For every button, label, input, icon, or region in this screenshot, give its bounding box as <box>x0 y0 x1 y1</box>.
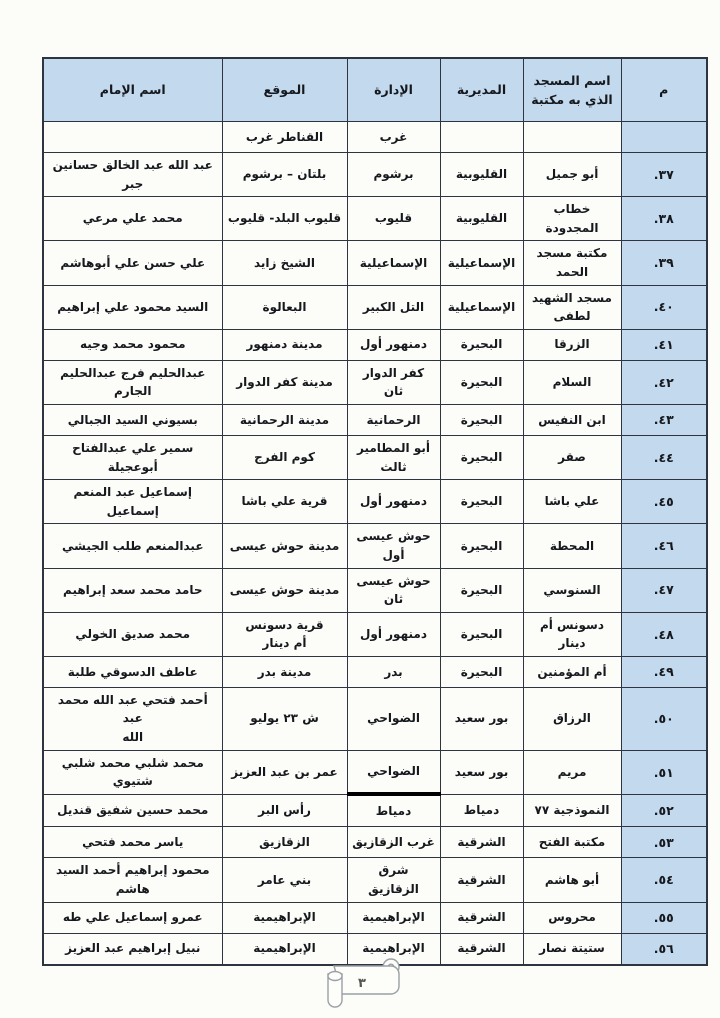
cell-imam: عبدالحليم فرج عبدالحليم الجارم <box>43 360 222 404</box>
cell-directorate: القليوبية <box>440 153 523 197</box>
table-row: ٥٢.النموذجية ٧٧دمياطدمياطرأس البرمحمد حس… <box>43 794 707 827</box>
cell-location: مدينة كفر الدوار <box>222 360 347 404</box>
cell-imam: عبدالمنعم طلب الجيشي <box>43 524 222 568</box>
cell-num: ٤٠. <box>621 285 707 329</box>
cell-num: ٥٢. <box>621 794 707 827</box>
cell-imam: بسيوني السيد الجبالي <box>43 404 222 435</box>
cell-imam: السيد محمود علي إبراهيم <box>43 285 222 329</box>
cell-directorate: الشرقية <box>440 858 523 902</box>
cell-imam: عبد الله عبد الخالق حسانين جبر <box>43 153 222 197</box>
cell-num: ٤٧. <box>621 568 707 612</box>
cell-location: ش ٢٣ يوليو <box>222 687 347 750</box>
cell-administration: برشوم <box>347 153 440 197</box>
cell-mosque: الرزاق <box>523 687 621 750</box>
cell-num: ٤٣. <box>621 404 707 435</box>
cell-mosque: مسجد الشهيد لطفى <box>523 285 621 329</box>
cell-num: ٤٨. <box>621 612 707 656</box>
cell-imam: نبيل إبراهيم عبد العزيز <box>43 933 222 965</box>
header-location: الموقع <box>222 58 347 122</box>
cell-num: ٣٩. <box>621 241 707 285</box>
cell-directorate: البحيرة <box>440 568 523 612</box>
cell-administration: الضواحي <box>347 687 440 750</box>
cell-directorate: الإسماعيلية <box>440 285 523 329</box>
cell-num: ٤٥. <box>621 480 707 524</box>
table-row: ٤٩.أم المؤمنينالبحيرةبدرمدينة بدرعاطف ال… <box>43 656 707 687</box>
cell-num: ٥٣. <box>621 827 707 858</box>
table-row: ٤٢.السلامالبحيرةكفر الدوار ثانمدينة كفر … <box>43 360 707 404</box>
cell-mosque: خطاب المجدودة <box>523 197 621 241</box>
cell-num: ٤٤. <box>621 435 707 479</box>
cell-administration: التل الكبير <box>347 285 440 329</box>
cell-directorate: بور سعيد <box>440 687 523 750</box>
table-row: ٣٩.مكتبة مسجد الحمدالإسماعيليةالإسماعيلي… <box>43 241 707 285</box>
cell-num: ٤٢. <box>621 360 707 404</box>
cell-location: البعالوة <box>222 285 347 329</box>
cell-imam: أحمد فتحي عبد الله محمد عبد الله <box>43 687 222 750</box>
cell-directorate: الشرقية <box>440 827 523 858</box>
cell-directorate <box>440 122 523 153</box>
cell-administration: الرحمانية <box>347 404 440 435</box>
cell-directorate: بور سعيد <box>440 750 523 794</box>
cell-imam: عمرو إسماعيل علي طه <box>43 902 222 933</box>
cell-mosque: المحطة <box>523 524 621 568</box>
cell-location: الإبراهيمية <box>222 902 347 933</box>
cell-imam: إسماعيل عبد المنعم إسماعيل <box>43 480 222 524</box>
table-row: ٥١.مريمبور سعيدالضواحيعمر بن عبد العزيزم… <box>43 750 707 794</box>
cell-num: ٥٠. <box>621 687 707 750</box>
table-row: ٤٥.علي باشاالبحيرةدمنهور أولقرية علي باش… <box>43 480 707 524</box>
cell-directorate: البحيرة <box>440 435 523 479</box>
cell-imam: محمد علي مرعي <box>43 197 222 241</box>
table-row: ٤٨.دسونس أم دينارالبحيرةدمنهور أولقرية د… <box>43 612 707 656</box>
cell-num: ٣٧. <box>621 153 707 197</box>
cell-mosque: السنوسي <box>523 568 621 612</box>
cell-administration: دمنهور أول <box>347 329 440 360</box>
header-directorate: المديرية <box>440 58 523 122</box>
cell-mosque: السلام <box>523 360 621 404</box>
cell-imam: محمد حسين شفيق قنديل <box>43 794 222 827</box>
cell-administration: أبو المطامير ثالث <box>347 435 440 479</box>
cell-num: ٥٤. <box>621 858 707 902</box>
cell-location: بني عامر <box>222 858 347 902</box>
document-page: م اسم المسجد الذي به مكتبة المديرية الإد… <box>0 0 720 1018</box>
cell-location: بلتان – برشوم <box>222 153 347 197</box>
cell-mosque: محروس <box>523 902 621 933</box>
cell-location: كوم الفرج <box>222 435 347 479</box>
cell-directorate: البحيرة <box>440 329 523 360</box>
cell-imam <box>43 122 222 153</box>
cell-imam: سمير علي عبدالفتاح أبوعجيلة <box>43 435 222 479</box>
cell-mosque: ابن النفيس <box>523 404 621 435</box>
cell-location: الشيخ زايد <box>222 241 347 285</box>
cell-mosque: مريم <box>523 750 621 794</box>
cell-administration: دمنهور أول <box>347 612 440 656</box>
header-imam-name: اسم الإمام <box>43 58 222 122</box>
table-row: ٣٨.خطاب المجدودةالقليوبيةقليوبقليوب البل… <box>43 197 707 241</box>
table-row: ٥٠.الرزاقبور سعيدالضواحيش ٢٣ يوليوأحمد ف… <box>43 687 707 750</box>
cell-directorate: البحيرة <box>440 612 523 656</box>
cell-mosque: علي باشا <box>523 480 621 524</box>
cell-directorate: البحيرة <box>440 360 523 404</box>
table-header-row: م اسم المسجد الذي به مكتبة المديرية الإد… <box>43 58 707 122</box>
cell-administration: حوش عيسى ثان <box>347 568 440 612</box>
cell-directorate: القليوبية <box>440 197 523 241</box>
cell-mosque: أم المؤمنين <box>523 656 621 687</box>
cell-imam: علي حسن علي أبوهاشم <box>43 241 222 285</box>
header-mosque-name: اسم المسجد الذي به مكتبة <box>523 58 621 122</box>
mosque-library-table: م اسم المسجد الذي به مكتبة المديرية الإد… <box>42 57 708 966</box>
table-row: ٥٤.أبو هاشمالشرقيةشرق الزقازيقبني عامرمح… <box>43 858 707 902</box>
header-administration: الإدارة <box>347 58 440 122</box>
table-row: ٤٦.المحطةالبحيرةحوش عيسى أولمدينة حوش عي… <box>43 524 707 568</box>
table-row: ٤٤.صقرالبحيرةأبو المطامير ثالثكوم الفرجس… <box>43 435 707 479</box>
cell-location: مدينة حوش عيسى <box>222 524 347 568</box>
cell-administration: الإسماعيلية <box>347 241 440 285</box>
page-scroll-icon: ٣ <box>312 954 412 1012</box>
cell-location: قرية علي باشا <box>222 480 347 524</box>
cell-imam: حامد محمد سعد إبراهيم <box>43 568 222 612</box>
cell-administration: غرب <box>347 122 440 153</box>
cell-num: ٤١. <box>621 329 707 360</box>
cell-num <box>621 122 707 153</box>
cell-administration: الإبراهيمية <box>347 902 440 933</box>
cell-administration: دمنهور أول <box>347 480 440 524</box>
table-body: غربالقناطر غرب٣٧.أبو جميلالقليوبيةبرشومب… <box>43 122 707 965</box>
table-row: ٥٣.مكتبة الفتحالشرقيةغرب الزقازيقالزقازي… <box>43 827 707 858</box>
cell-directorate: البحيرة <box>440 480 523 524</box>
cell-administration: كفر الدوار ثان <box>347 360 440 404</box>
cell-directorate: الشرقية <box>440 933 523 965</box>
page-number: ٣ <box>358 976 366 991</box>
cell-location: عمر بن عبد العزيز <box>222 750 347 794</box>
cell-imam: محمود إبراهيم أحمد السيد هاشم <box>43 858 222 902</box>
cell-mosque: ستيتة نصار <box>523 933 621 965</box>
page-footer: ٣ <box>312 954 412 1012</box>
cell-imam: محمد صديق الخولي <box>43 612 222 656</box>
cell-administration: دمياط <box>347 794 440 827</box>
cell-mosque: مكتبة الفتح <box>523 827 621 858</box>
cell-administration: غرب الزقازيق <box>347 827 440 858</box>
cell-num: ٥٥. <box>621 902 707 933</box>
cell-location: مدينة بدر <box>222 656 347 687</box>
table-row: ٤٣.ابن النفيسالبحيرةالرحمانيةمدينة الرحم… <box>43 404 707 435</box>
cell-imam: محمود محمد وجيه <box>43 329 222 360</box>
cell-administration: الضواحي <box>347 750 440 794</box>
table-row: ٤٠.مسجد الشهيد لطفىالإسماعيليةالتل الكبي… <box>43 285 707 329</box>
cell-directorate: البحيرة <box>440 656 523 687</box>
cell-num: ٤٦. <box>621 524 707 568</box>
table-row: ٤٧.السنوسيالبحيرةحوش عيسى ثانمدينة حوش ع… <box>43 568 707 612</box>
cell-directorate: البحيرة <box>440 404 523 435</box>
cell-mosque: أبو جميل <box>523 153 621 197</box>
table-row: ٥٥.محروسالشرقيةالإبراهيميةالإبراهيميةعمر… <box>43 902 707 933</box>
cell-num: ٥٦. <box>621 933 707 965</box>
cell-num: ٣٨. <box>621 197 707 241</box>
cell-location: الزقازيق <box>222 827 347 858</box>
cell-location: مدينة دمنهور <box>222 329 347 360</box>
cell-mosque: أبو هاشم <box>523 858 621 902</box>
cell-imam: ياسر محمد فتحي <box>43 827 222 858</box>
cell-mosque: دسونس أم دينار <box>523 612 621 656</box>
cell-mosque: الزرقا <box>523 329 621 360</box>
cell-num: ٥١. <box>621 750 707 794</box>
cell-administration: بدر <box>347 656 440 687</box>
cell-administration: قليوب <box>347 197 440 241</box>
header-num: م <box>621 58 707 122</box>
cell-location: مدينة الرحمانية <box>222 404 347 435</box>
cell-directorate: دمياط <box>440 794 523 827</box>
cell-directorate: البحيرة <box>440 524 523 568</box>
cell-location: قليوب البلد- قليوب <box>222 197 347 241</box>
cell-directorate: الإسماعيلية <box>440 241 523 285</box>
cell-location: قرية دسونس أم دينار <box>222 612 347 656</box>
cell-location: القناطر غرب <box>222 122 347 153</box>
cell-location: رأس البر <box>222 794 347 827</box>
cell-administration: حوش عيسى أول <box>347 524 440 568</box>
cell-mosque: صقر <box>523 435 621 479</box>
cell-mosque <box>523 122 621 153</box>
cell-location: مدينة حوش عيسى <box>222 568 347 612</box>
cell-imam: عاطف الدسوقي طلبة <box>43 656 222 687</box>
cell-mosque: النموذجية ٧٧ <box>523 794 621 827</box>
table-row: غربالقناطر غرب <box>43 122 707 153</box>
cell-administration: شرق الزقازيق <box>347 858 440 902</box>
cell-imam: محمد شلبي محمد شلبي شتيوي <box>43 750 222 794</box>
cell-mosque: مكتبة مسجد الحمد <box>523 241 621 285</box>
cell-num: ٤٩. <box>621 656 707 687</box>
cell-directorate: الشرقية <box>440 902 523 933</box>
table-row: ٣٧.أبو جميلالقليوبيةبرشومبلتان – برشومعب… <box>43 153 707 197</box>
table-row: ٤١.الزرقاالبحيرةدمنهور أولمدينة دمنهورمح… <box>43 329 707 360</box>
